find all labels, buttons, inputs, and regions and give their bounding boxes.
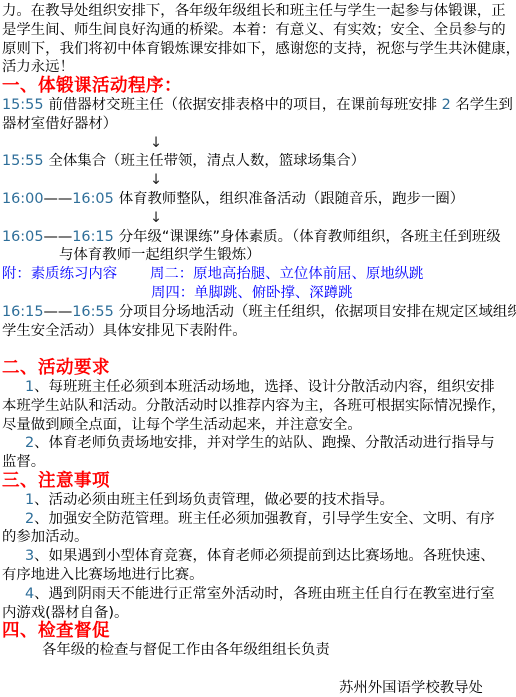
step5-text: 分项目分场地活动（班主任组织，依据项目安排在规定区域组织 [119,304,516,320]
time-range-dash: —— [43,191,72,207]
step5-line-2: 学生安全活动）具体安排见下表附件。 [2,322,516,341]
notice-item-3-line-1: 3、如果遇到小型体育竞赛，体育老师必须提前到达比赛场地。各班快速、 [2,547,516,566]
step3-text: 体育教师整队，组织准备活动（跟随音乐，跑步一圈） [119,191,464,207]
item-number: 1 [25,379,34,395]
intro-line-2: 是学生间、师生间良好沟通的桥梁。本着：有意义、有实效；安全、全员参与的 [2,21,516,40]
step5-time-start: 16:15 [2,304,43,320]
intro-line-1: 力。在教导处组织安排下，各年级年级组长和班主任与学生一起参与体锻课，正 [2,2,516,21]
flow-arrow-icon: ↓ [2,171,516,190]
item-text: 、加强安全防范管理。班主任必须加强教育，引导学生安全、文明、有序 [34,511,495,527]
step5-line-1: 16:15——16:55分项目分场地活动（班主任组织，依据项目安排在规定区域组织 [2,303,516,322]
item-text: 、遇到阴雨天不能进行正常室外活动时，各班由班主任自行在教室进行室 [34,586,495,602]
section4-text: 各年级的检查与督促工作由各年级组组长负责 [2,641,516,660]
item-number: 2 [25,511,34,527]
requirement-item-1-line-3: 尽量做到顾全点面，让每个学生活动起来，并注意安全。 [2,416,516,435]
notice-item-4-line-1: 4、遇到阴雨天不能进行正常室外活动时，各班由班主任自行在教室进行室 [2,585,516,604]
notice-item-2-line-2: 的参加活动。 [2,528,516,547]
section4-heading: 四、检查督促 [2,622,516,641]
notice-item-2-line-1: 2、加强安全防范管理。班主任必须加强教育，引导学生安全、文明、有序 [2,510,516,529]
step4-line-1: 16:05——16:15分年级“课课练”身体素质。（体育教师组织，各班主任到班级 [2,228,516,247]
section1-heading: 一、体锻课活动程序： [2,77,516,96]
blank-line [2,660,516,679]
step1-line-1: 15:55前借器材交班主任（依据安排表格中的项目，在课前每班安排 2 名学生到 [2,96,516,115]
item-number: 1 [25,492,34,508]
requirement-item-1-line-1: 1、每班班主任必须到本班活动场地，选择、设计分散活动内容，组织安排 [2,378,516,397]
footer-row: 苏州外国语学校教导处 [2,679,516,697]
step4-time-end: 16:15 [72,229,113,245]
intro-line-3: 原则下，我们将初中体育锻炼课安排如下，感谢您的支持，祝您与学生共沐健康， [2,40,516,59]
step4-text: 分年级“课课练”身体素质。（体育教师组织，各班主任到班级 [119,229,501,245]
step1-text-b: 名学生到 [451,97,513,113]
item-text: 、每班班主任必须到本班活动场地，选择、设计分散活动内容，组织安排 [34,379,495,395]
attachment-tuesday: 周二：原地高抬腿、立位体前屈、原地纵跳 [150,265,423,284]
attachment-label: 附：素质练习内容 [2,266,117,282]
intro-line-4: 活力永远！ [2,58,516,77]
item-text: 、活动必须由班主任到场负责管理，做必要的技术指导。 [34,492,394,508]
item-text: 、如果遇到小型体育竞赛，体育老师必须提前到达比赛场地。各班快速、 [34,548,495,564]
item-number: 4 [25,586,34,602]
step3-time-start: 16:00 [2,191,43,207]
step2-line: 15:55全体集合（班主任带领，清点人数，篮球场集合） [2,152,516,171]
item-text: 、体育老师负责场地安排，并对学生的站队、跑操、分散活动进行指导与 [34,435,495,451]
step3-line: 16:00——16:05体育教师整队，组织准备活动（跟随音乐，跑步一圈） [2,190,516,209]
item-number: 2 [25,435,34,451]
attachment-thursday: 周四：单脚跳、俯卧撑、深蹲跳 [151,285,352,301]
section3-heading: 三、注意事项 [2,472,516,491]
step4-time-start: 16:05 [2,229,43,245]
step1-student-count: 2 [442,97,451,113]
step4-line-2: 与体育教师一起组织学生锻炼） [2,246,516,265]
document-page: 力。在教导处组织安排下，各年级年级组长和班主任与学生一起参与体锻课，正 是学生间… [0,0,516,697]
section2-heading: 二、活动要求 [2,359,516,378]
notice-item-3-line-2: 有序地进入比赛场地进行比赛。 [2,566,516,585]
attachment-row-1: 附：素质练习内容周二：原地高抬腿、立位体前屈、原地纵跳 [2,265,516,284]
flow-arrow-icon: ↓ [2,209,516,228]
step2-text: 全体集合（班主任带领，清点人数，篮球场集合） [48,153,365,169]
flow-arrow-icon: ↓ [2,134,516,153]
notice-item-1: 1、活动必须由班主任到场负责管理，做必要的技术指导。 [2,491,516,510]
requirement-item-1-line-2: 本班学生站队和活动。分散活动时以推荐内容为主，各班可根据实际情况操作， [2,397,516,416]
requirement-item-2-line-1: 2、体育老师负责场地安排，并对学生的站队、跑操、分散活动进行指导与 [2,434,516,453]
time-range-dash: —— [43,304,72,320]
step1-line-2: 器材室借好器材） [2,115,516,134]
attachment-row-2: 周四：单脚跳、俯卧撑、深蹲跳 [2,284,516,303]
step2-time: 15:55 [2,153,43,169]
step1-time: 15:55 [2,97,43,113]
time-range-dash: —— [43,229,72,245]
step3-time-end: 16:05 [72,191,113,207]
step1-text-a: 前借器材交班主任（依据安排表格中的项目，在课前每班安排 [48,97,441,113]
notice-item-4-line-2: 内游戏(器材自备)。 [2,604,516,623]
step5-time-end: 16:55 [72,304,113,320]
footer-signature: 苏州外国语学校教导处 [339,680,483,696]
requirement-item-2-line-2: 监督。 [2,453,516,472]
blank-line [2,340,516,359]
item-number: 3 [25,548,34,564]
